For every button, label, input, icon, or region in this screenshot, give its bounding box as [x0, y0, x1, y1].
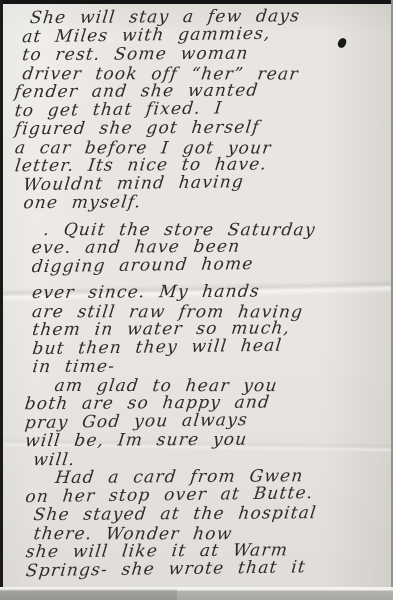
letter-line: on her stop over at Butte. [24, 483, 393, 507]
letter-line: figured she got herself [14, 118, 393, 139]
letter-line: to rest. Some woman [21, 44, 392, 65]
letter-line: but then they will heal [31, 335, 393, 359]
scan-edge-left [0, 0, 3, 600]
letter-line: to get that fixed. I [14, 96, 393, 120]
paper-fold-bottom-shadow [0, 589, 177, 600]
letter-line: one myself. [22, 192, 393, 213]
scanned-letter-page: She will stay a few days at Miles with g… [0, 0, 393, 600]
letter-line: digging around home [31, 253, 393, 277]
letter-line: Springs- she wrote that it [25, 557, 393, 581]
letter-line: pray God you always [24, 409, 393, 433]
letter-body: She will stay a few days at Miles with g… [0, 7, 393, 581]
letter-line: will be, Im sure you [24, 430, 393, 451]
scan-edge-top [0, 0, 393, 4]
letter-line: ever since. My hands [31, 282, 393, 303]
letter-line: in time- [31, 356, 393, 377]
letter-line: Wouldnt mind having [22, 171, 393, 195]
letter-line: She stayed at the hospital [32, 504, 393, 525]
